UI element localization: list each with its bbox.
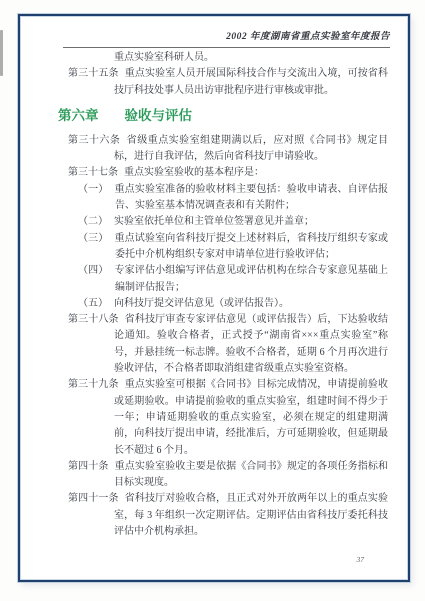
- clause-item: （三）重点试验室向省科技厅提交上述材料后，省科技厅组织专家或委托中介机构组织专家…: [78, 231, 388, 264]
- chapter-title: 验收与评估: [125, 108, 193, 123]
- clause-item: （二）实验室依托单位和主管单位签署意见并盖章；: [78, 214, 388, 230]
- article-term: 第三十九条: [68, 379, 119, 390]
- article-paragraph: 第四十条重点实验室验收主要是依据《合同书》规定的各项任务指标和目标实现度。: [68, 459, 388, 492]
- paragraph-text: 重点实验室准备的验收材料主要包括：验收申请表、自评估报告、实验室基本情况调查表和…: [114, 184, 388, 211]
- paragraph-text: 重点试验室向省科技厅提交上述材料后，省科技厅组织专家或委托中介机构组织专家对申请…: [114, 233, 388, 260]
- paragraph-text: 省科技厅对验收合格，且正式对外开放两年以上的重点实验室，每 3 年组织一次定期评…: [114, 493, 388, 537]
- article-term: 第三十七条: [68, 167, 118, 178]
- article-paragraph: 第三十六条省级重点实验室组建期满以后，应对照《合同书》规定目标，进行自我评估，然…: [68, 133, 388, 166]
- clause-item: （一）重点实验室准备的验收材料主要包括：验收申请表、自评估报告、实验室基本情况调…: [78, 182, 388, 215]
- article-term: （一）: [78, 184, 108, 195]
- continuation-line: 重点实验室科研人员。: [114, 50, 388, 66]
- clause-item: （四）专家评估小组编写评估意见或评估机构在综合专家意见基础上编制评估报告；: [78, 263, 388, 296]
- article-paragraph: 第三十九条重点实验室可根据《合同书》目标完成情况，申请提前验收或延期验收。申请提…: [68, 377, 388, 458]
- page-number: 37: [357, 555, 365, 564]
- paragraph-text: 向科技厅提交评估意见（或评估报告）。: [114, 298, 289, 309]
- article-term: 第三十六条: [68, 135, 120, 146]
- chapter-heading: 第六章验收与评估: [58, 106, 388, 126]
- article-paragraph: 第三十八条省科技厅审查专家评估意见（或评估报告）后，下达验收结论通知。验收合格者…: [68, 312, 388, 377]
- article-term: （二）: [78, 216, 108, 227]
- scan-artifact: [0, 30, 3, 76]
- document-body: 重点实验室科研人员。第三十五条重点实验室人员开展国际科技合作与交流出入境，可按省…: [68, 50, 388, 540]
- article-term: （五）: [78, 298, 108, 309]
- paragraph-text: 重点实验室科研人员。: [114, 52, 214, 63]
- page-header: 2002 年度湖南省重点实验室年度报告: [63, 26, 390, 48]
- article-term: 第三十五条: [68, 68, 119, 79]
- clause-item: （五）向科技厅提交评估意见（或评估报告）。: [78, 296, 388, 312]
- article-paragraph: 第四十一条省科技厅对验收合格，且正式对外开放两年以上的重点实验室，每 3 年组织…: [68, 491, 388, 540]
- paragraph-text: 重点实验室人员开展国际科技合作与交流出入境，可按省科技厅科技处事人员出访审批程序…: [114, 68, 388, 95]
- paragraph-text: 重点实验室验收主要是依据《合同书》规定的各项任务指标和目标实现度。: [114, 461, 388, 488]
- paragraph-text: 省级重点实验室组建期满以后，应对照《合同书》规定目标，进行自我评估，然后向省科技…: [114, 135, 388, 162]
- chapter-number: 第六章: [58, 108, 99, 123]
- article-term: 第四十条: [68, 461, 109, 472]
- paragraph-text: 重点实验室可根据《合同书》目标完成情况，申请提前验收或延期验收。申请提前验收的重…: [114, 379, 388, 455]
- article-term: 第三十八条: [68, 314, 119, 325]
- paragraph-text: 专家评估小组编写评估意见或评估机构在综合专家意见基础上编制评估报告；: [114, 265, 388, 292]
- article-term: （四）: [78, 265, 108, 276]
- paragraph-text: 实验室依托单位和主管单位签署意见并盖章；: [114, 216, 314, 227]
- page-border-frame: 2002 年度湖南省重点实验室年度报告 重点实验室科研人员。第三十五条重点实验室…: [18, 14, 410, 582]
- paragraph-text: 省科技厅审查专家评估意见（或评估报告）后，下达验收结论通知。验收合格者，正式授予…: [114, 314, 388, 374]
- paragraph-text: 重点实验室验收的基本程序是：: [124, 167, 264, 178]
- article-paragraph: 第三十五条重点实验室人员开展国际科技合作与交流出入境，可按省科技厅科技处事人员出…: [68, 66, 388, 99]
- article-paragraph: 第三十七条重点实验室验收的基本程序是：: [68, 165, 388, 181]
- article-term: （三）: [78, 233, 108, 244]
- header-title: 2002 年度湖南省重点实验室年度报告: [226, 32, 390, 42]
- article-term: 第四十一条: [68, 493, 119, 504]
